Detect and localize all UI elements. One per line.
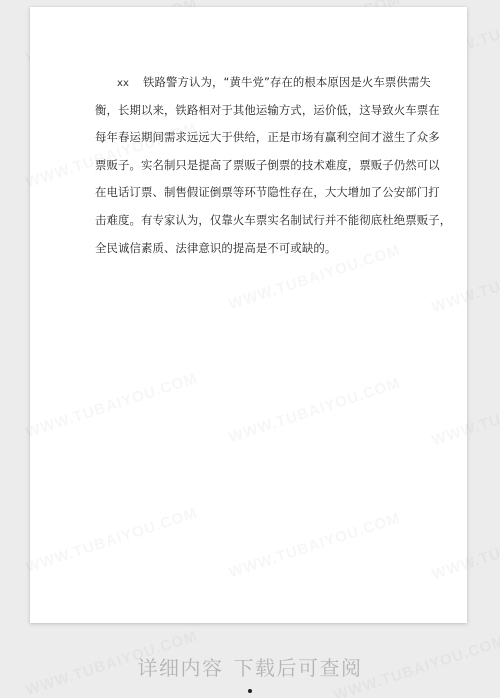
document-page: WWW.TUBAIYOU.COM WWW.TUBAIYOU.COM WWW.TU… (30, 7, 467, 623)
paragraph-line: xx铁路警方认为，“黄牛党”存在的根本原因是火车票供需失 (95, 69, 437, 97)
paragraph-line: 每年春运期间需求远远大于供给，正是市场有赢利空间才滋生了众多 (95, 124, 437, 152)
watermark: WWW.TUBAIYOU.COM (430, 378, 500, 450)
footer-part-2: 下载后可查阅 (234, 656, 363, 680)
download-prompt: 详细内容下载后可查阅 (0, 652, 500, 681)
watermark: WWW.TUBAIYOU.COM (24, 505, 200, 577)
watermark: WWW.TUBAIYOU.COM (430, 245, 500, 317)
paragraph-line: 衡，长期以来，铁路相对于其他运输方式，运价低，这导致火车票在 (95, 97, 437, 125)
body-paragraph: xx铁路警方认为，“黄牛党”存在的根本原因是火车票供需失 衡，长期以来，铁路相对… (95, 69, 437, 262)
placeholder-lead: xx (117, 78, 129, 89)
page-indicator-dot[interactable] (248, 689, 252, 693)
paragraph-line: 全民诚信素质、法律意识的提高是不可或缺的。 (95, 235, 437, 263)
footer-part-1: 详细内容 (138, 656, 224, 680)
watermark: WWW.TUBAIYOU.COM (227, 510, 403, 582)
paragraph-line: 在电话订票、制售假证倒票等环节隐性存在，大大增加了公安部门打 (95, 179, 437, 207)
paragraph-line: 票贩子。实名制只是提高了票贩子倒票的技术难度，票贩子仍然可以 (95, 152, 437, 180)
watermark: WWW.TUBAIYOU.COM (24, 370, 200, 442)
line-text: 铁路警方认为，“黄牛党”存在的根本原因是火车票供需失 (143, 75, 431, 89)
watermark: WWW.TUBAIYOU.COM (430, 512, 500, 584)
watermark: WWW.TUBAIYOU.COM (227, 375, 403, 447)
paragraph-line: 击难度。有专家认为，仅靠火车票实名制试行并不能彻底杜绝票贩子， (95, 207, 437, 235)
